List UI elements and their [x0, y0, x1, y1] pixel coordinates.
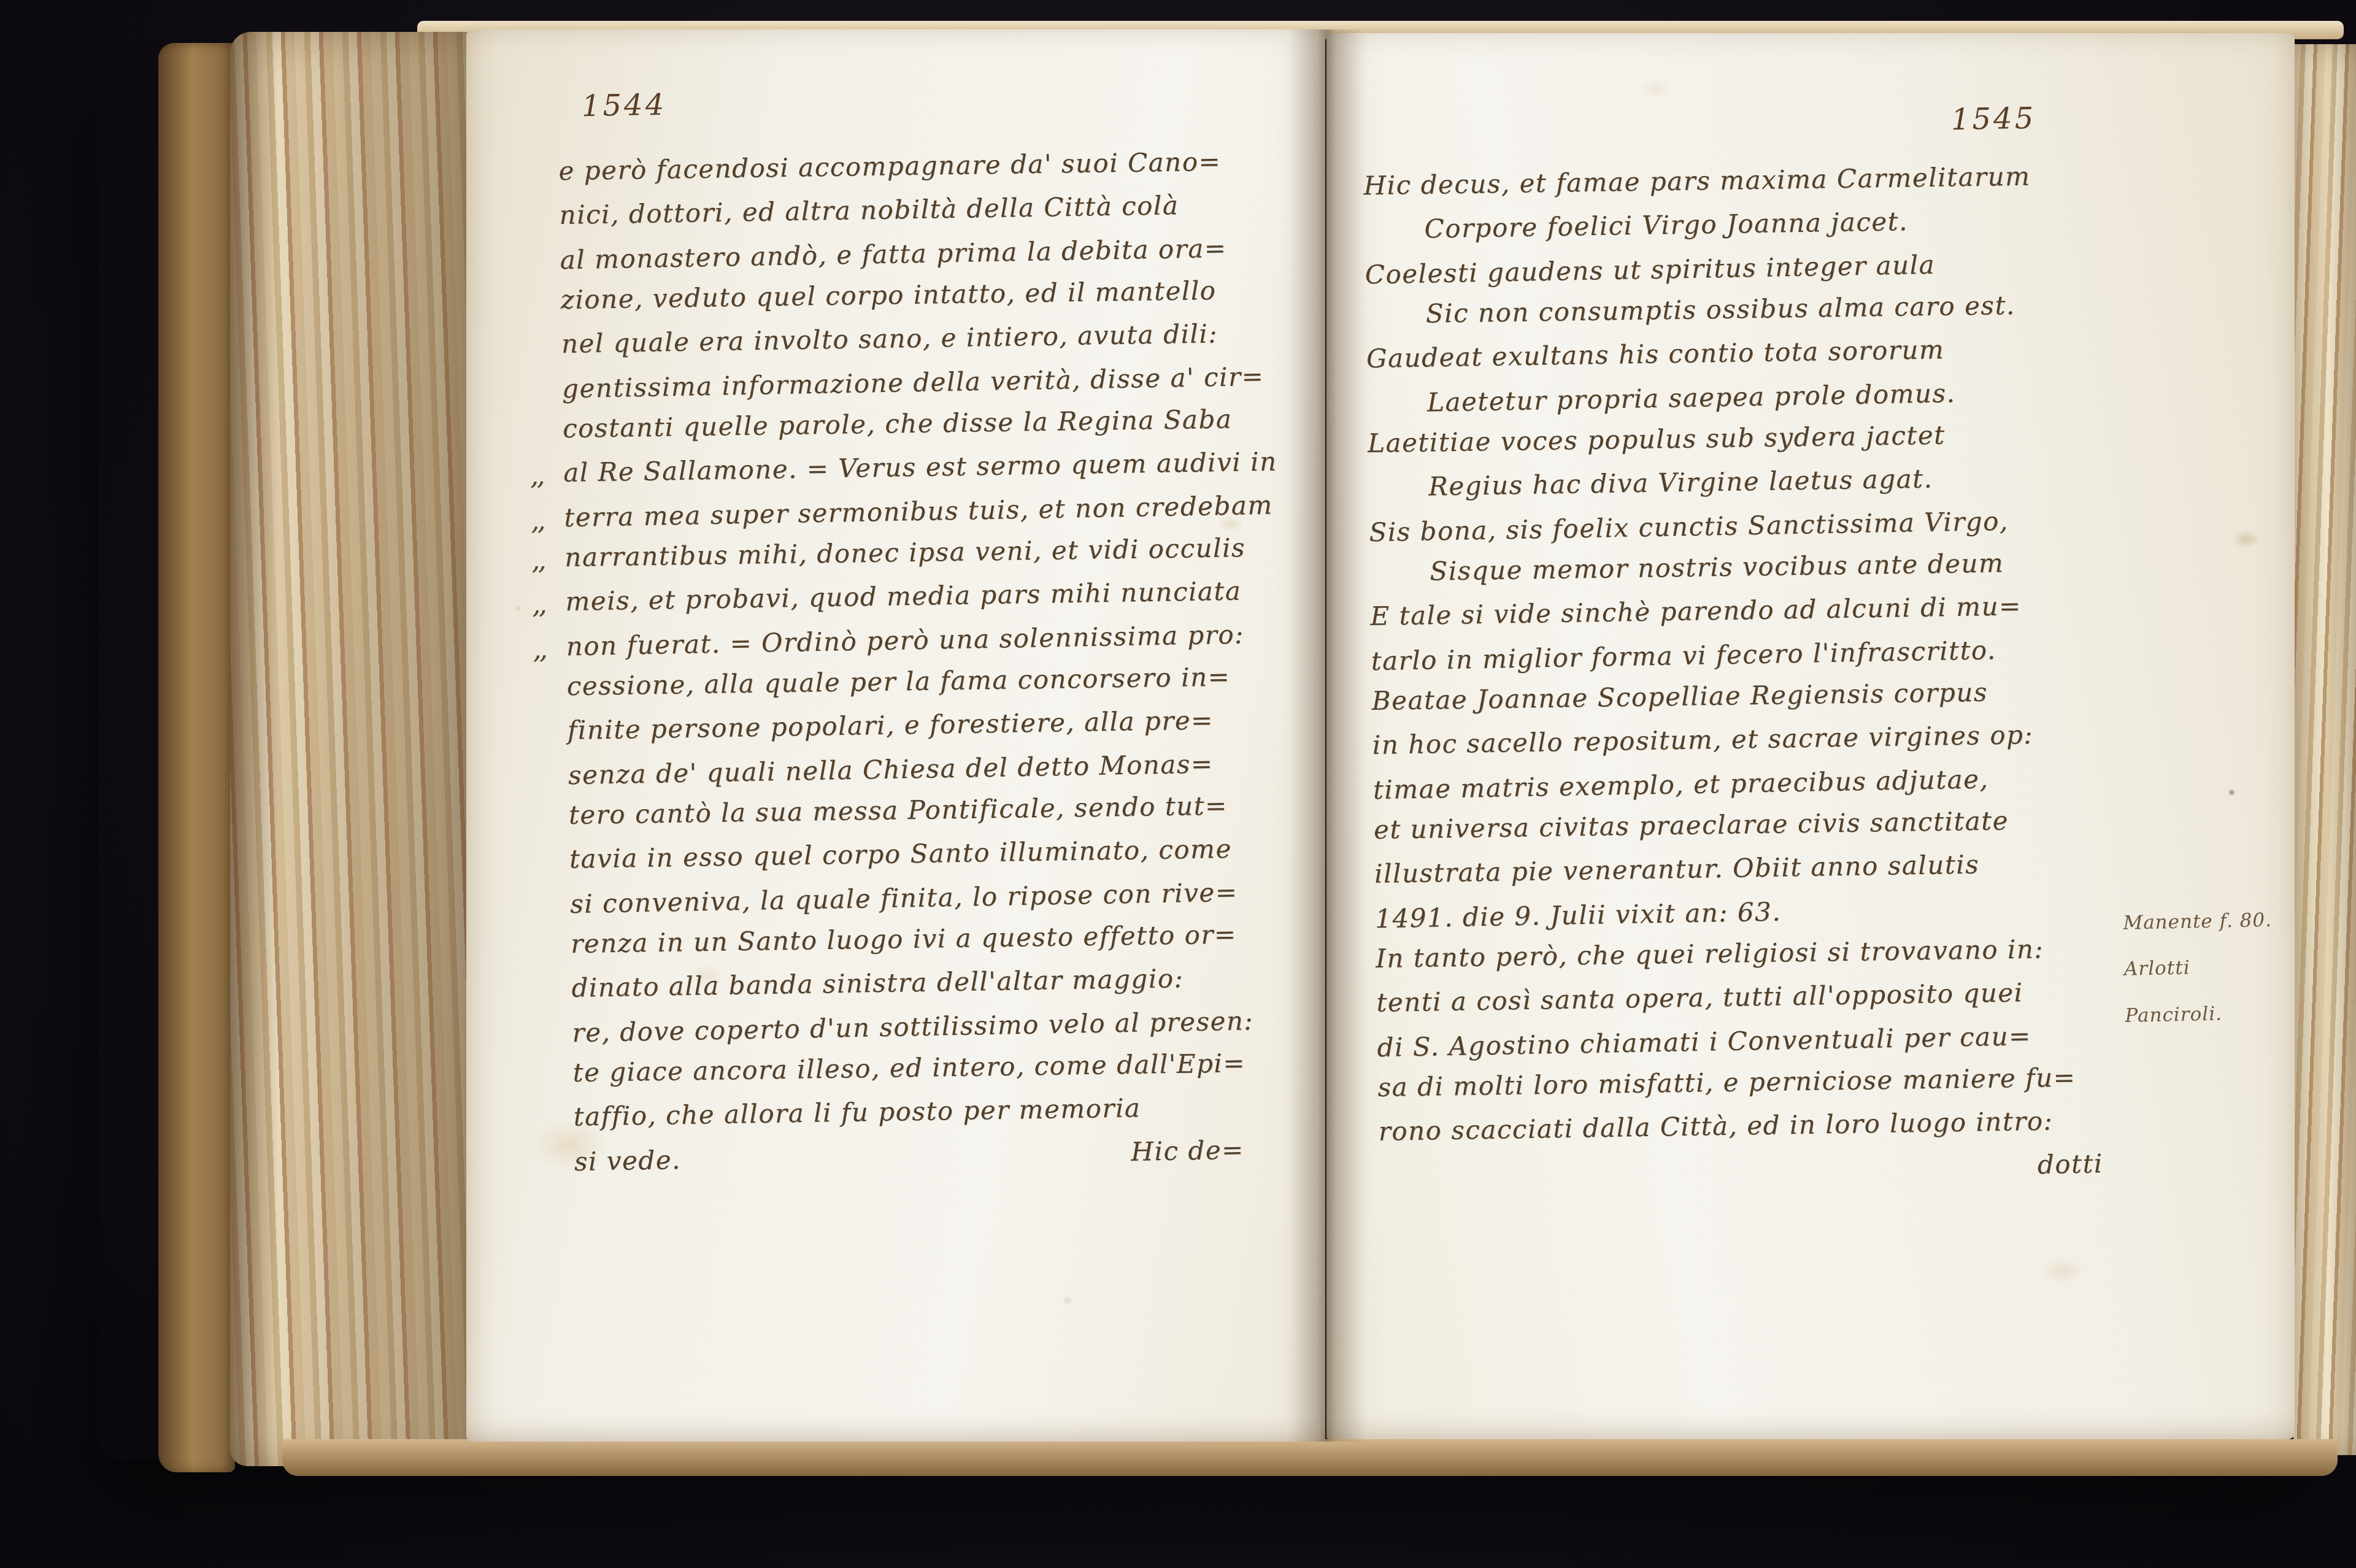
line-text: finite persone popolari, e forestiere, a… [567, 705, 1214, 745]
line-text: et universa civitas praeclarae civis san… [1374, 805, 2009, 845]
line-text: in hoc sacello repositum, et sacrae virg… [1372, 720, 2033, 760]
line-text: al Re Sallamone. = Verus est sermo quem … [563, 447, 1277, 488]
line-text: e però facendosi accompagnare da' suoi C… [558, 147, 1221, 186]
line-text: Arlotti [2124, 957, 2190, 980]
margin-quote-mark: ,, [531, 499, 544, 542]
line-text: si conveniva, la quale finita, lo ripose… [570, 877, 1238, 919]
line-text: illustrata pie venerantur. Obiit anno sa… [1374, 849, 1980, 888]
margin-note-line: Panciroli. [2125, 990, 2292, 1039]
left-cover-edge [158, 43, 235, 1472]
line-text: dotti [2037, 1148, 2103, 1180]
line-text: senza de' quali nella Chiesa del detto M… [568, 748, 1214, 790]
photo-background: 1544 e però facendosi accompagnare da' s… [0, 0, 2356, 1568]
line-text: costanti quelle parole, che disse la Reg… [563, 404, 1233, 444]
left-page-text: e però facendosi accompagnare da' suoi C… [558, 139, 1317, 1182]
line-text: timae matris exemplo, et praecibus adjut… [1373, 764, 1989, 805]
line-text: tavia in esso quel corpo Santo illuminat… [569, 834, 1232, 874]
line-text: gentissima informazione della verità, di… [562, 361, 1265, 404]
line-text-right: Hic de= [1131, 1129, 1245, 1174]
right-tattered-page-edges [2293, 44, 2356, 1455]
line-text: non fuerat. = Ordinò però una solennissi… [566, 619, 1244, 661]
line-text: cessione, alla quale per la fama concors… [566, 662, 1230, 701]
line-text: tenti a così santa opera, tutti all'oppo… [1376, 977, 2023, 1018]
margin-note-line: Arlotti [2123, 943, 2290, 992]
page-number-right: 1545 [1951, 101, 2036, 137]
margin-quote-mark: ,, [533, 628, 546, 671]
line-text: di S. Agostino chiamati i Conventuali pe… [1377, 1021, 2031, 1063]
line-text: Corpore foelici Virgo Joanna jacet. [1424, 206, 1908, 244]
line-text: si vede. [574, 1145, 681, 1177]
line-text: In tanto però, che quei religiosi si tro… [1376, 934, 2044, 974]
right-page: 1545 Hic decus, et famae pars maxima Car… [1326, 33, 2295, 1439]
line-text: taffio, che allora li fu posto per memor… [573, 1093, 1141, 1132]
line-text: Laetetur propria saepea prole domus. [1427, 378, 1956, 417]
line-text: E tale si vide sinchè parendo ad alcuni … [1370, 591, 2022, 631]
line-text: meis, et probavi, quod media pars mihi n… [565, 576, 1242, 617]
line-text: Manente f. 80. [2123, 909, 2272, 934]
margin-note-line: Manente f. 80. [2123, 897, 2289, 945]
line-text: Sis bona, sis foelix cunctis Sanctissima… [1369, 506, 2009, 548]
line-text: tero cantò la sua messa Pontificale, sen… [569, 791, 1228, 830]
bottom-page-edges [282, 1439, 2338, 1476]
line-text: al monastero andò, e fatta prima la debi… [560, 233, 1226, 275]
page-number-left: 1544 [582, 88, 667, 123]
line-text: narrantibus mihi, donec ipsa veni, et vi… [564, 532, 1245, 572]
line-text: terra mea super sermonibus tuis, et non … [564, 490, 1273, 533]
line-text: Panciroli. [2125, 1002, 2222, 1027]
left-page: 1544 e però facendosi accompagnare da' s… [466, 29, 1325, 1442]
line-text: dinato alla banda sinistra dell'altar ma… [571, 963, 1184, 1003]
line-text: nel quale era involto sano, e intiero, a… [561, 318, 1218, 359]
right-page-text: Hic decus, et famae pars maxima Carmelit… [1363, 153, 2142, 1196]
line-text: Hic decus, et famae pars maxima Carmelit… [1363, 161, 2031, 201]
line-text: rono scacciati dalla Città, ed in loro l… [1378, 1106, 2053, 1147]
line-text: Sic non consumptis ossibus alma caro est… [1425, 290, 2015, 329]
line-text: Sisque memor nostris vocibus ante deum [1430, 548, 2004, 586]
line-text: renza in un Santo luogo ivi a questo eff… [571, 919, 1237, 959]
margin-quote-mark: ,, [531, 539, 545, 582]
line-text: te giace ancora illeso, ed intero, come … [572, 1048, 1245, 1088]
left-tattered-page-edges [230, 32, 469, 1466]
line-text: Gaudeat exultans his contio tota sororum [1366, 334, 1945, 374]
line-text: Coelesti gaudens ut spiritus integer aul… [1365, 250, 1935, 290]
line-text: Laetitiae voces populus sub sydera jacte… [1368, 420, 1946, 458]
margin-quote-mark: ,, [530, 454, 544, 497]
line-text: Regius hac diva Virgine laetus agat. [1428, 463, 1933, 501]
line-text: nici, dottori, ed altra nobiltà della Ci… [559, 190, 1179, 230]
margin-note: Manente f. 80.ArlottiPanciroli. [2123, 897, 2292, 1037]
line-text: re, dove coperto d'un sottilissimo velo … [572, 1005, 1253, 1048]
manuscript-book: 1544 e però facendosi accompagnare da' s… [74, 9, 2338, 1475]
line-text: sa di molti loro misfatti, e perniciose … [1377, 1063, 2076, 1102]
margin-quote-mark: ,, [532, 583, 545, 626]
line-text: Beatae Joannae Scopelliae Regiensis corp… [1371, 677, 1988, 716]
book-gutter [1288, 29, 1366, 1442]
line-text: zione, veduto quel corpo intatto, ed il … [560, 275, 1216, 315]
line-text: tarlo in miglior forma vi fecero l'infra… [1371, 635, 1996, 676]
line-text: 1491. die 9. Julii vixit an: 63. [1375, 896, 1782, 934]
